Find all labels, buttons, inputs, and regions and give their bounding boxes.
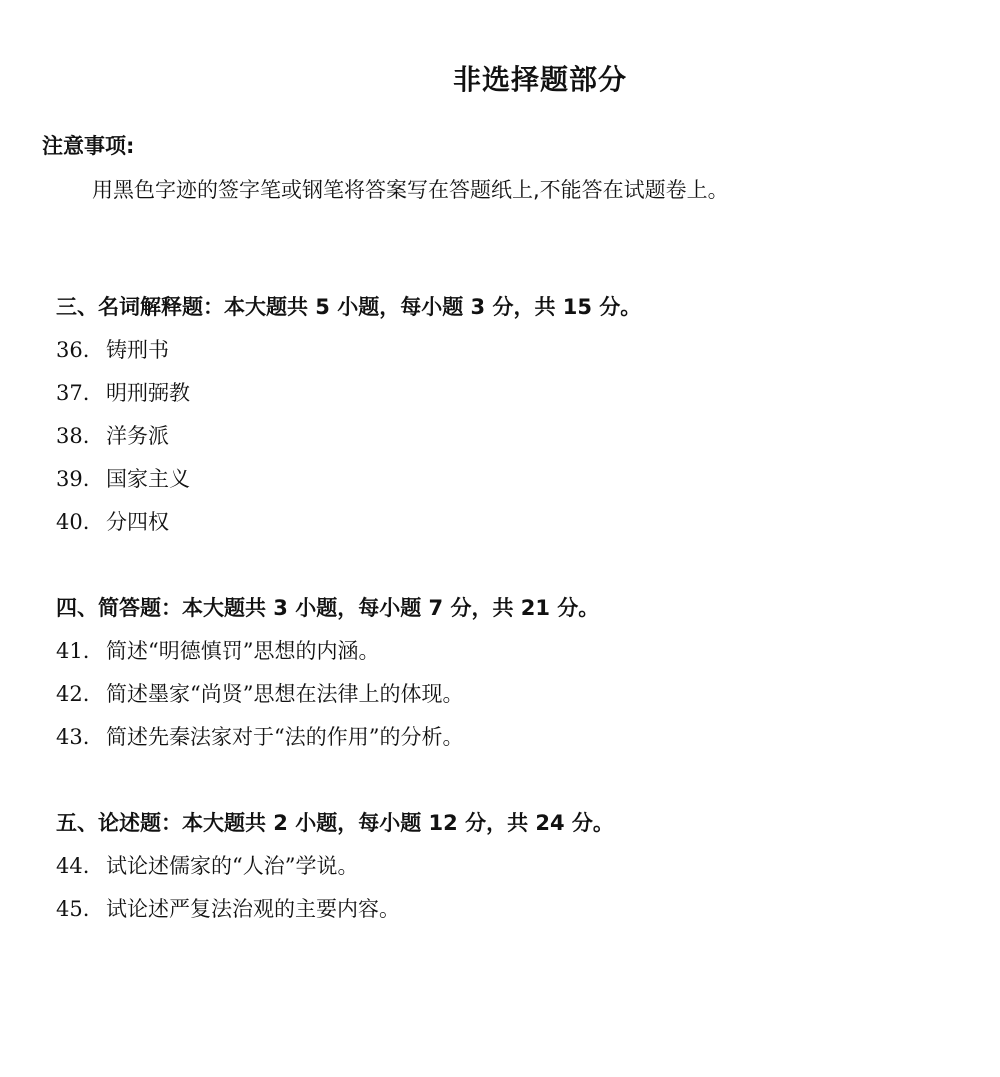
question-number: 38. (56, 415, 106, 458)
question-item: 43.简述先秦法家对于“法的作用”的分析。 (56, 716, 599, 759)
question-text: 简述“明德慎罚”思想的内涵。 (106, 639, 379, 663)
section-heading: 五、论述题：本大题共 2 小题，每小题 12 分，共 24 分。 (56, 802, 614, 845)
section-heading: 四、简答题：本大题共 3 小题，每小题 7 分，共 21 分。 (56, 587, 599, 630)
question-text: 分四权 (106, 510, 169, 534)
section-essay: 五、论述题：本大题共 2 小题，每小题 12 分，共 24 分。 44.试论述儒… (56, 802, 614, 931)
question-number: 43. (56, 716, 106, 759)
question-text: 洋务派 (106, 424, 169, 448)
question-text: 明刑弼教 (106, 381, 190, 405)
question-item: 37.明刑弼教 (56, 372, 641, 415)
section-term-explanation: 三、名词解释题：本大题共 5 小题，每小题 3 分，共 15 分。 36.铸刑书… (56, 286, 641, 544)
question-text: 试论述儒家的“人治”学说。 (106, 854, 358, 878)
question-item: 36.铸刑书 (56, 329, 641, 372)
question-item: 38.洋务派 (56, 415, 641, 458)
question-number: 44. (56, 845, 106, 888)
page-title: 非选择题部分 (0, 58, 1000, 98)
question-number: 39. (56, 458, 106, 501)
notice-heading: 注意事项: (42, 130, 134, 160)
section-short-answer: 四、简答题：本大题共 3 小题，每小题 7 分，共 21 分。 41.简述“明德… (56, 587, 599, 759)
question-text: 国家主义 (106, 467, 190, 491)
question-number: 41. (56, 630, 106, 673)
question-item: 39.国家主义 (56, 458, 641, 501)
section-heading: 三、名词解释题：本大题共 5 小题，每小题 3 分，共 15 分。 (56, 286, 641, 329)
question-item: 41.简述“明德慎罚”思想的内涵。 (56, 630, 599, 673)
question-number: 36. (56, 329, 106, 372)
question-text: 铸刑书 (106, 338, 169, 362)
question-item: 40.分四权 (56, 501, 641, 544)
question-number: 42. (56, 673, 106, 716)
question-number: 45. (56, 888, 106, 931)
question-text: 简述墨家“尚贤”思想在法律上的体现。 (106, 682, 463, 706)
question-item: 42.简述墨家“尚贤”思想在法律上的体现。 (56, 673, 599, 716)
question-number: 40. (56, 501, 106, 544)
question-text: 简述先秦法家对于“法的作用”的分析。 (106, 725, 463, 749)
question-item: 44.试论述儒家的“人治”学说。 (56, 845, 614, 888)
question-text: 试论述严复法治观的主要内容。 (106, 897, 400, 921)
notice-body: 用黑色字迹的签字笔或钢笔将答案写在答题纸上,不能答在试题卷上。 (92, 174, 729, 204)
question-item: 45.试论述严复法治观的主要内容。 (56, 888, 614, 931)
question-number: 37. (56, 372, 106, 415)
